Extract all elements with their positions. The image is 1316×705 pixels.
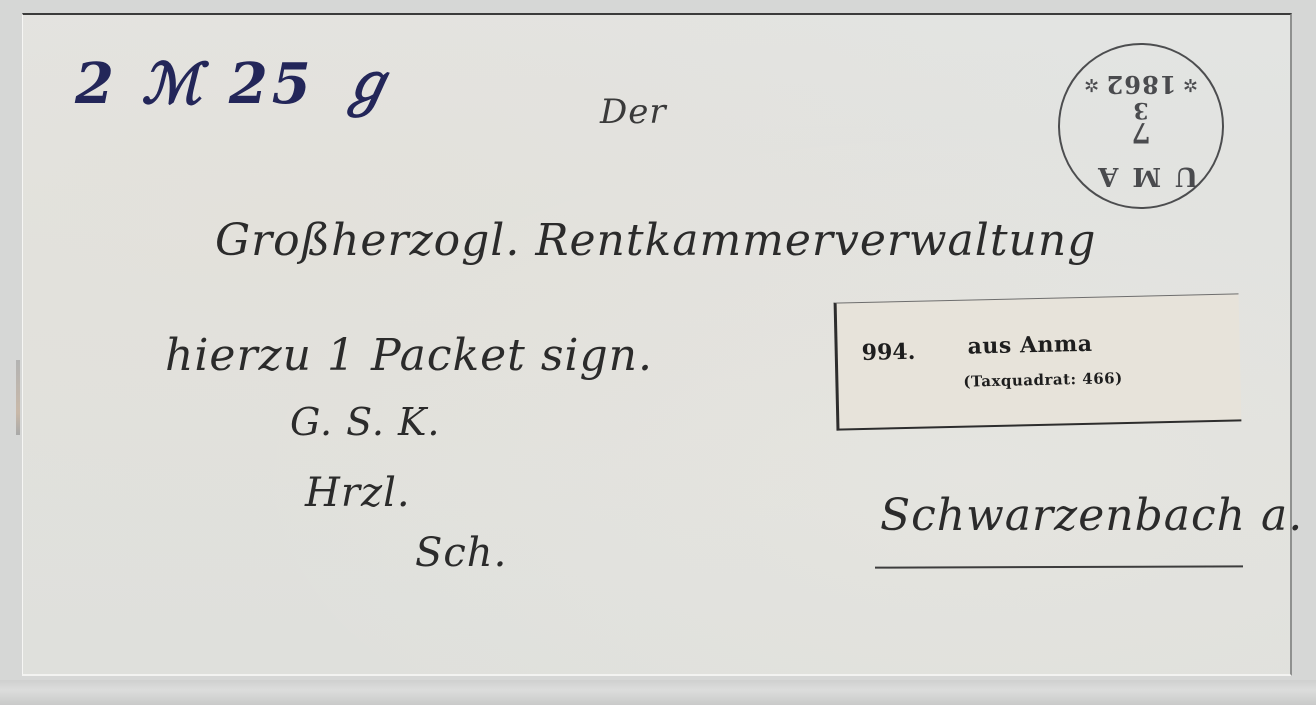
recipient-line: G. S. K. bbox=[290, 400, 440, 444]
postmark-month: 3 bbox=[1060, 97, 1222, 123]
star-ornament-icon: ✲ bbox=[1183, 74, 1198, 95]
registration-label: 994. aus Anma (Taxquadrat: 466) bbox=[834, 293, 1242, 430]
scan-backdrop bbox=[0, 680, 1316, 705]
destination: Schwarzenbach a. S. bbox=[880, 490, 1316, 541]
postage-note: 2 ℳ 25 ℊ bbox=[75, 40, 398, 120]
recipient-line: Sch. bbox=[415, 530, 507, 576]
star-ornament-icon: ✲ bbox=[1084, 74, 1099, 95]
postmark-stamp: UMA 7 3 1862 ✲ ✲ bbox=[1058, 43, 1224, 209]
recipient-line: Großherzogl. Rentkammerverwaltung bbox=[215, 215, 1096, 266]
salutation: Der bbox=[600, 92, 667, 132]
recipient-line: hierzu 1 Packet sign. bbox=[165, 330, 653, 381]
paper-edge-mark bbox=[16, 360, 20, 435]
label-tax-square: (Taxquadrat: 466) bbox=[963, 369, 1123, 391]
postmark-town: UMA bbox=[1060, 161, 1222, 191]
recipient-line: Hrzl. bbox=[305, 470, 411, 516]
label-number: 994. bbox=[861, 339, 915, 366]
label-origin: aus Anma bbox=[967, 331, 1092, 360]
